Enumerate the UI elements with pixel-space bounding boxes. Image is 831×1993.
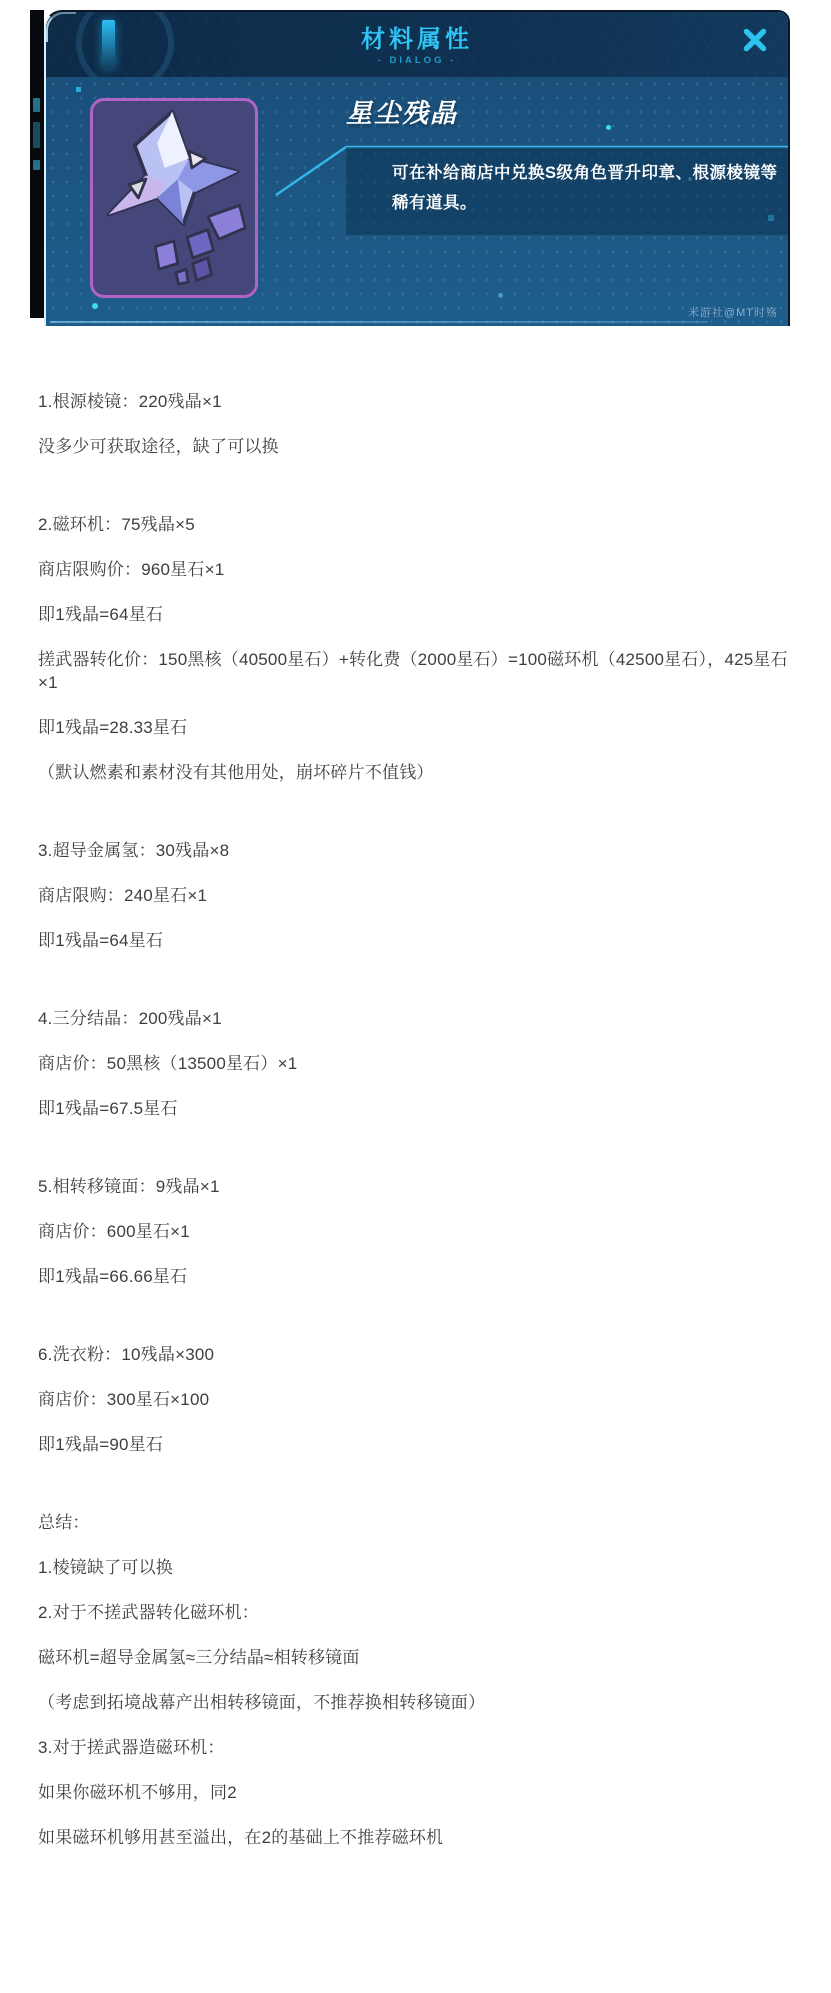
dialog-subtitle: - DIALOG - — [46, 55, 788, 66]
note-line: 4.三分结晶：200残晶×1 — [38, 1007, 795, 1030]
note-line: 磁环机=超导金属氢≈三分结晶≈相转移镜面 — [38, 1646, 795, 1669]
sparkle-dot-icon — [92, 303, 98, 309]
dialog-title: 材料属性 — [46, 19, 788, 54]
note-line: 商店价：50黑核（13500星石）×1 — [38, 1052, 795, 1075]
edge-glyph — [33, 160, 40, 170]
note-line: 3.对于搓武器造磁环机： — [38, 1736, 795, 1759]
dialog-title-group: 材料属性 - DIALOG - — [46, 19, 788, 66]
edge-glyph — [33, 122, 40, 148]
item-name: 星尘残晶 — [346, 93, 458, 130]
close-button[interactable] — [736, 22, 774, 60]
note-line: 没多少可获取途径，缺了可以换 — [38, 435, 795, 458]
notes-list: 1.根源棱镜：220残晶×1没多少可获取途径，缺了可以换2.磁环机：75残晶×5… — [0, 336, 831, 1849]
note-line: 商店价：600星石×1 — [38, 1220, 795, 1243]
note-line: 商店价：300星石×100 — [38, 1388, 795, 1411]
note-line: 如果磁环机够用甚至溢出，在2的基础上不推荐磁环机 — [38, 1826, 795, 1849]
note-line: 即1残晶=66.66星石 — [38, 1265, 795, 1288]
note-line: 1.棱镜缺了可以换 — [38, 1556, 795, 1579]
note-line: 即1残晶=64星石 — [38, 603, 795, 626]
note-line: 3.超导金属氢：30残晶×8 — [38, 839, 795, 862]
post-page: 材料属性 - DIALOG - — [0, 0, 831, 1993]
sparkle-dot-icon — [606, 125, 611, 130]
sparkle-dot-icon — [498, 293, 503, 298]
material-properties-dialog: 材料属性 - DIALOG - — [44, 10, 790, 326]
note-line: 即1残晶=67.5星石 — [38, 1097, 795, 1120]
item-description-panel: 可在补给商店中兑换S级角色晋升印章、根源棱镜等稀有道具。 — [346, 147, 788, 235]
note-line: 1.根源棱镜：220残晶×1 — [38, 390, 795, 413]
dialog-body: 星尘残晶 可在补给商店中兑换S级角色晋升印章、根源棱镜等稀有道具。 米游社@MT… — [46, 77, 788, 326]
note-line: 总结： — [38, 1511, 795, 1534]
dialog-header: 材料属性 - DIALOG - — [46, 12, 788, 77]
item-description: 可在补给商店中兑换S级角色晋升印章、根源棱镜等稀有道具。 — [346, 147, 790, 218]
note-line: 即1残晶=90星石 — [38, 1433, 795, 1456]
game-screenshot: 材料属性 - DIALOG - — [0, 0, 831, 336]
edge-glyph — [33, 98, 40, 112]
note-line: 6.洗衣粉：10残晶×300 — [38, 1343, 795, 1366]
background-edge — [30, 10, 44, 318]
corner-frame — [46, 12, 76, 42]
item-card — [90, 98, 258, 298]
watermark: 米游社@MT时殇 — [688, 304, 778, 320]
sparkle-dot-icon — [76, 87, 81, 92]
note-line: 搓武器转化价：150黑核（40500星石）+转化费（2000星石）=100磁环机… — [38, 648, 795, 694]
note-line: 商店限购：240星石×1 — [38, 884, 795, 907]
note-line: 2.磁环机：75残晶×5 — [38, 513, 795, 536]
stardust-crystal-icon — [99, 105, 249, 292]
note-line: 5.相转移镜面：9残晶×1 — [38, 1175, 795, 1198]
close-icon — [742, 41, 768, 56]
note-line: 如果你磁环机不够用，同2 — [38, 1781, 795, 1804]
note-line: 2.对于不搓武器转化磁环机： — [38, 1601, 795, 1624]
note-line: 商店限购价：960星石×1 — [38, 558, 795, 581]
note-line: 即1残晶=28.33星石 — [38, 716, 795, 739]
note-line: （考虑到拓境战幕产出相转移镜面，不推荐换相转移镜面） — [38, 1691, 795, 1714]
note-line: 即1残晶=64星石 — [38, 929, 795, 952]
note-line: （默认燃素和素材没有其他用处，崩坏碎片不值钱） — [38, 761, 795, 784]
